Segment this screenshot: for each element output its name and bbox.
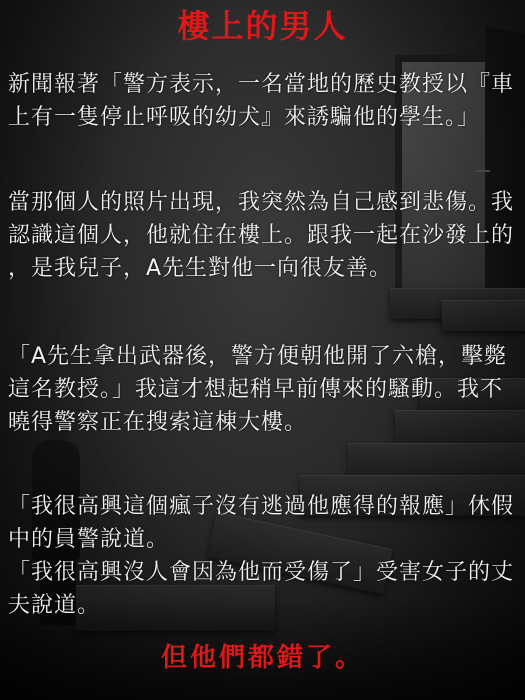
story-title: 樓上的男人 xyxy=(0,6,525,46)
paragraph-quotes: 「我很高興這個瘋子沒有逃過他應得的報應」休假 中的員警說道。 「我很高興沒人會因… xyxy=(8,490,523,622)
paragraph-line: 中的員警說道。 xyxy=(8,523,523,556)
paragraph-line: 這名教授。」我這才想起稍早前傳來的騷動。我不 xyxy=(8,373,523,406)
story-content: 樓上的男人 新聞報著「警方表示，一名當地的歷史教授以『車 上有一隻停止呼吸的幼犬… xyxy=(0,0,525,700)
ending-twist-text: 但他們都錯了。 xyxy=(0,640,525,676)
paragraph-news-report: 新聞報著「警方表示，一名當地的歷史教授以『車 上有一隻停止呼吸的幼犬』來誘騙他的… xyxy=(8,68,523,134)
paragraph-line: 當那個人的照片出現，我突然為自己感到悲傷。我 xyxy=(8,186,523,219)
paragraph-line: 新聞報著「警方表示，一名當地的歷史教授以『車 xyxy=(8,68,523,101)
paragraph-line: 「我很高興沒人會因為他而受傷了」受害女子的丈 xyxy=(8,556,523,589)
paragraph-recognition: 當那個人的照片出現，我突然為自己感到悲傷。我 認識這個人，他就住在樓上。跟我一起… xyxy=(8,186,523,285)
paragraph-line: 夫說道。 xyxy=(8,589,523,622)
paragraph-line: 上有一隻停止呼吸的幼犬』來誘騙他的學生。」 xyxy=(8,101,523,134)
paragraph-line: 曉得警察正在搜索這棟大樓。 xyxy=(8,406,523,439)
paragraph-police-shooting: 「A先生拿出武器後，警方便朝他開了六槍，擊斃 這名教授。」我這才想起稍早前傳來的… xyxy=(8,340,523,439)
story-card: 樓上的男人 新聞報著「警方表示，一名當地的歷史教授以『車 上有一隻停止呼吸的幼犬… xyxy=(0,0,525,700)
paragraph-line: ，是我兒子，A先生對他一向很友善。 xyxy=(8,252,523,285)
paragraph-line: 「我很高興這個瘋子沒有逃過他應得的報應」休假 xyxy=(8,490,523,523)
paragraph-line: 認識這個人，他就住在樓上。跟我一起在沙發上的 xyxy=(8,219,523,252)
paragraph-line: 「A先生拿出武器後，警方便朝他開了六槍，擊斃 xyxy=(8,340,523,373)
